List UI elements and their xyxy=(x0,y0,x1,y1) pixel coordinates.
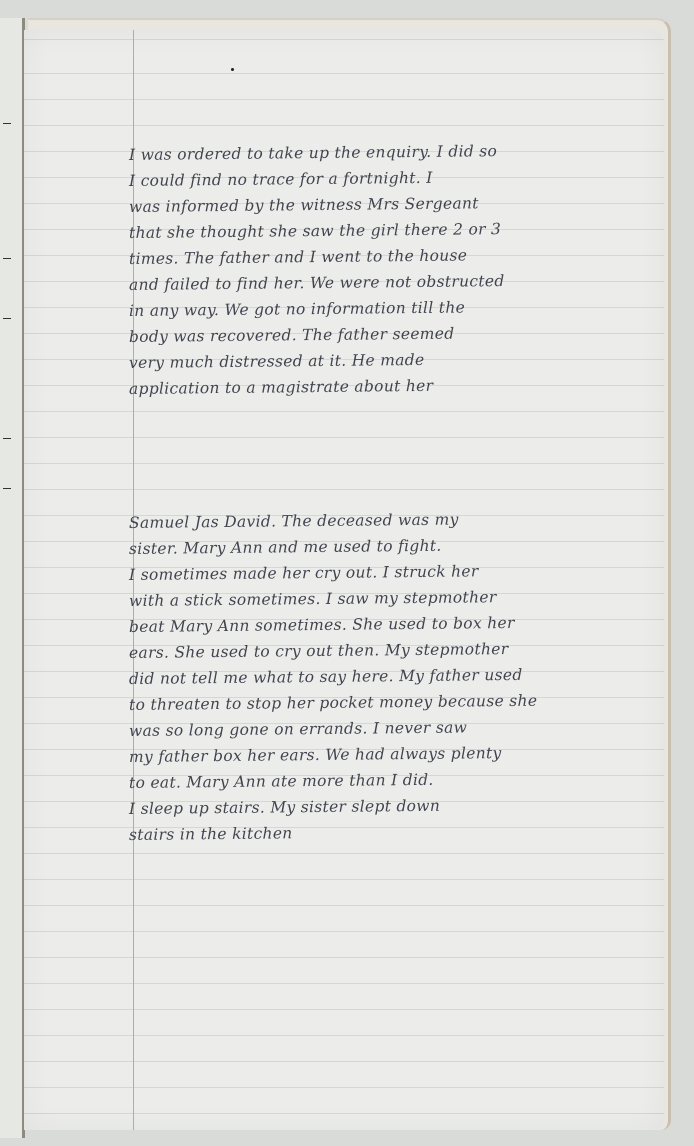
adjacent-page-edge xyxy=(0,18,25,1138)
paragraph-samuel-david-testimony: Samuel Jas David. The deceased was my si… xyxy=(129,510,659,848)
notebook-page: I was ordered to take up the enquiry. I … xyxy=(24,30,664,1130)
ink-spot xyxy=(231,68,234,71)
handwritten-line: application to a magistrate about her xyxy=(129,370,659,402)
paragraph-police-testimony: I was ordered to take up the enquiry. I … xyxy=(129,142,659,402)
handwritten-line: stairs in the kitchen xyxy=(129,816,659,848)
